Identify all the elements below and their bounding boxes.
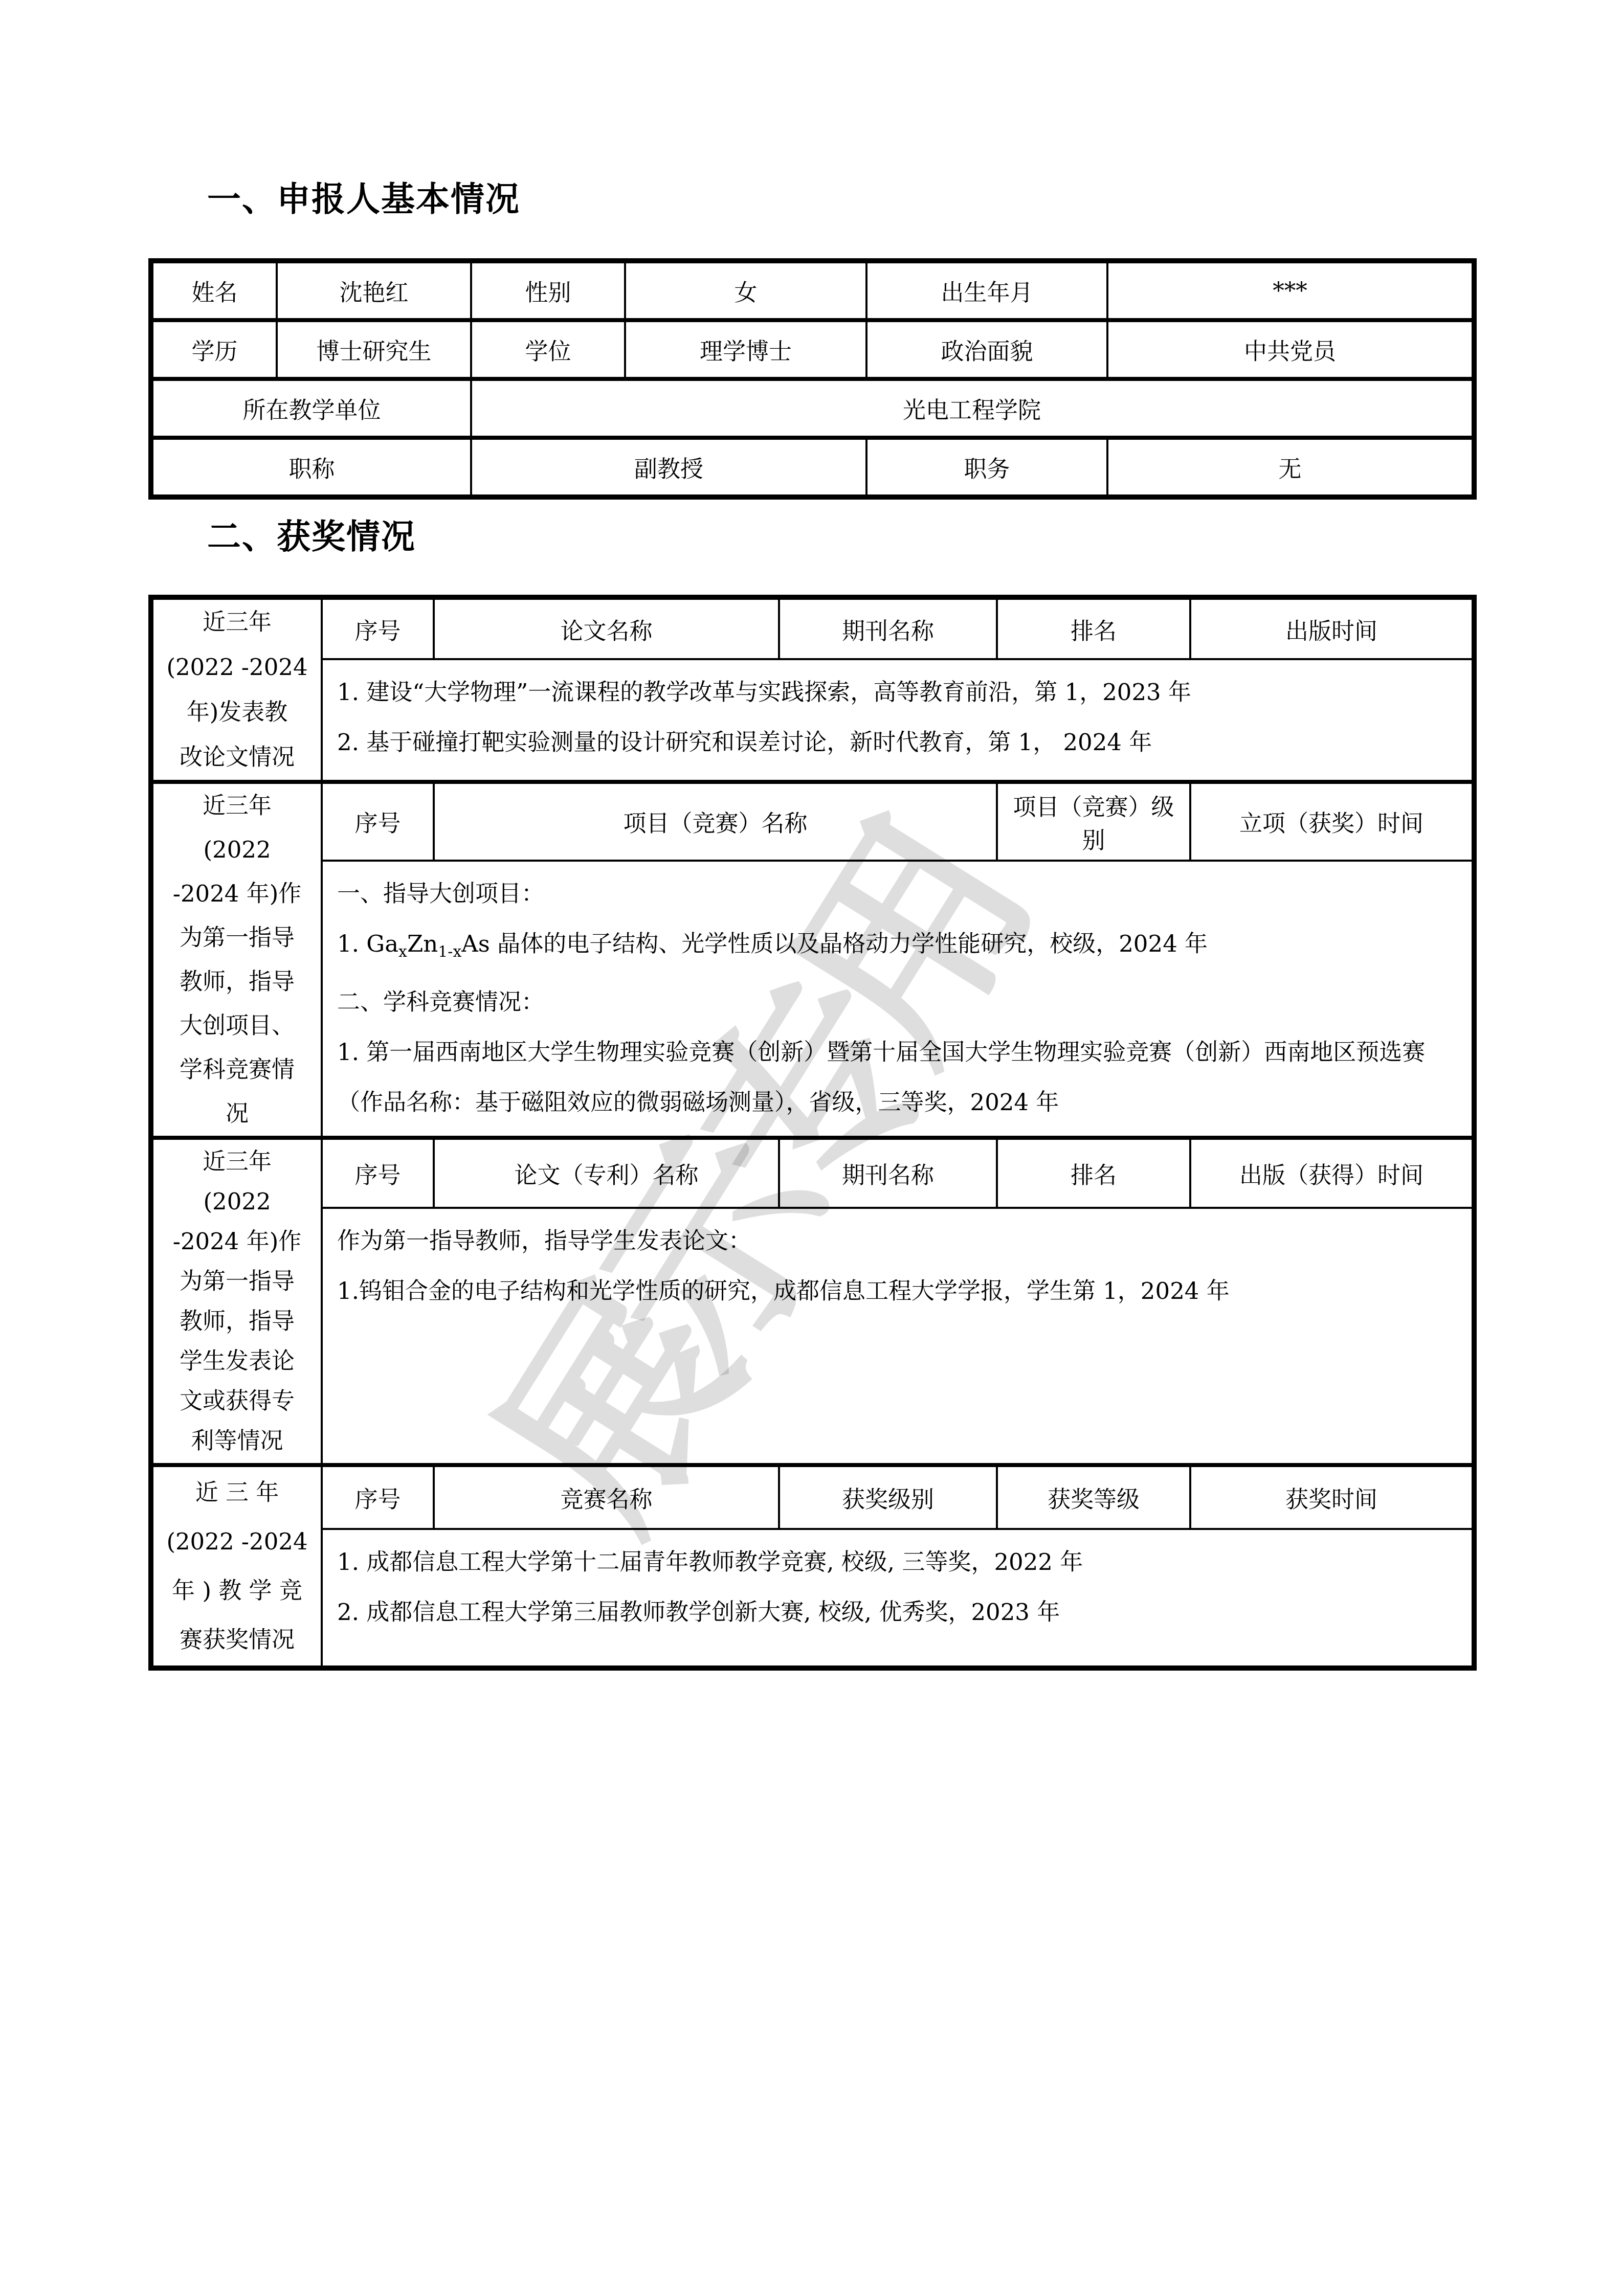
awards-table: 近三年 (2022 -2024 年)发表教 改论文情况 序号 论文名称 期刊名称… xyxy=(148,595,1477,1671)
teaching-unit-value: 光电工程学院 xyxy=(471,379,1474,438)
education-label: 学历 xyxy=(151,320,277,379)
student-papers-header-row: 近三年 (2022 -2024 年)作 为第一指导 教师，指导 学生发表论 文或… xyxy=(151,1138,1474,1208)
header-serial: 序号 xyxy=(322,782,434,861)
birthdate-label: 出生年月 xyxy=(866,261,1107,320)
student-papers-content-row: 作为第一指导教师，指导学生发表论文： 1.钨钼合金的电子结构和光学性质的研究，成… xyxy=(151,1208,1474,1465)
gender-label: 性别 xyxy=(471,261,625,320)
label-line: 赛获奖情况 xyxy=(157,1615,318,1664)
teaching-award-entry: 2. 成都信息工程大学第三届教师教学创新大赛, 校级, 优秀奖，2023 年 xyxy=(337,1587,1458,1637)
basic-row-1: 姓名 沈艳红 性别 女 出生年月 *** xyxy=(151,261,1474,320)
header-serial: 序号 xyxy=(322,597,434,659)
label-line: (2022 -2024 xyxy=(157,645,318,690)
student-paper-intro: 作为第一指导教师，指导学生发表论文： xyxy=(337,1216,1458,1266)
header-rank: 排名 xyxy=(997,597,1190,659)
header-paper-name: 论文名称 xyxy=(434,597,779,659)
document-page: 展示专用 一、申报人基本情况 姓名 沈艳红 性别 女 出生年月 *** 学历 博… xyxy=(0,0,1624,2296)
label-line: 大创项目、 xyxy=(157,1004,318,1048)
label-line: (2022 xyxy=(157,828,318,872)
teaching-awards-section-label: 近 三 年 (2022 -2024 年 ) 教 学 竞 赛获奖情况 xyxy=(151,1465,322,1668)
projects-content-cell: 一、指导大创项目： 1. GaxZn1-xAs 晶体的电子结构、光学性质以及晶格… xyxy=(322,861,1474,1138)
label-line: (2022 xyxy=(157,1182,318,1222)
header-obtain-time: 出版（获得）时间 xyxy=(1190,1138,1474,1208)
label-line: 为第一指导 xyxy=(157,1262,318,1301)
label-line: 近三年 xyxy=(157,1142,318,1182)
papers-content-row: 1. 建设“大学物理”一流课程的教学改革与实践探索，高等教育前沿，第 1，202… xyxy=(151,659,1474,782)
header-award-level: 获奖级别 xyxy=(779,1465,997,1529)
teaching-awards-content-row: 1. 成都信息工程大学第十二届青年教师教学竞赛, 校级, 三等奖，2022 年 … xyxy=(151,1529,1474,1668)
header-journal-name: 期刊名称 xyxy=(779,1138,997,1208)
papers-section-label: 近三年 (2022 -2024 年)发表教 改论文情况 xyxy=(151,597,322,782)
degree-value: 理学博士 xyxy=(625,320,866,379)
competition-category: 二、学科竞赛情况： xyxy=(337,977,1458,1027)
teaching-awards-header-row: 近 三 年 (2022 -2024 年 ) 教 学 竞 赛获奖情况 序号 竞赛名… xyxy=(151,1465,1474,1529)
title-value: 副教授 xyxy=(471,438,866,497)
header-rank: 排名 xyxy=(997,1138,1190,1208)
header-competition-name: 竞赛名称 xyxy=(434,1465,779,1529)
projects-section-label: 近三年 (2022 -2024 年)作 为第一指导 教师，指导 大创项目、 学科… xyxy=(151,782,322,1138)
political-status-label: 政治面貌 xyxy=(866,320,1107,379)
basic-row-3: 所在教学单位 光电工程学院 xyxy=(151,379,1474,438)
projects-header-row: 近三年 (2022 -2024 年)作 为第一指导 教师，指导 大创项目、 学科… xyxy=(151,782,1474,861)
label-line: 况 xyxy=(157,1092,318,1136)
competition-entry: 1. 第一届西南地区大学生物理实验竞赛（创新）暨第十届全国大学生物理实验竞赛（创… xyxy=(337,1027,1458,1128)
header-serial: 序号 xyxy=(322,1465,434,1529)
teaching-unit-label: 所在教学单位 xyxy=(151,379,471,438)
project-category: 一、指导大创项目： xyxy=(337,869,1458,919)
papers-header-row: 近三年 (2022 -2024 年)发表教 改论文情况 序号 论文名称 期刊名称… xyxy=(151,597,1474,659)
header-project-name: 项目（竞赛）名称 xyxy=(434,782,997,861)
position-label: 职务 xyxy=(866,438,1107,497)
political-status-value: 中共党员 xyxy=(1107,320,1474,379)
label-line: 学生发表论 xyxy=(157,1341,318,1381)
label-line: 年 ) 教 学 竞 xyxy=(157,1566,318,1615)
student-paper-entry: 1.钨钼合金的电子结构和光学性质的研究，成都信息工程大学学报，学生第 1，202… xyxy=(337,1266,1458,1316)
student-papers-section-label: 近三年 (2022 -2024 年)作 为第一指导 教师，指导 学生发表论 文或… xyxy=(151,1138,322,1465)
header-publish-time: 出版时间 xyxy=(1190,597,1474,659)
label-line: -2024 年)作 xyxy=(157,1222,318,1262)
teaching-award-entry: 1. 成都信息工程大学第十二届青年教师教学竞赛, 校级, 三等奖，2022 年 xyxy=(337,1537,1458,1587)
label-line: 教师，指导 xyxy=(157,960,318,1004)
label-line: 文或获得专 xyxy=(157,1381,318,1421)
label-line: -2024 年)作 xyxy=(157,872,318,916)
projects-content-row: 一、指导大创项目： 1. GaxZn1-xAs 晶体的电子结构、光学性质以及晶格… xyxy=(151,861,1474,1138)
name-value: 沈艳红 xyxy=(277,261,471,320)
basic-row-2: 学历 博士研究生 学位 理学博士 政治面貌 中共党员 xyxy=(151,320,1474,379)
label-line: 为第一指导 xyxy=(157,916,318,960)
gender-value: 女 xyxy=(625,261,866,320)
paper-entry: 2. 基于碰撞打靶实验测量的设计研究和误差讨论，新时代教育，第 1， 2024 … xyxy=(337,717,1458,768)
section2-title: 二、获奖情况 xyxy=(207,517,416,556)
degree-label: 学位 xyxy=(471,320,625,379)
student-papers-content-cell: 作为第一指导教师，指导学生发表论文： 1.钨钼合金的电子结构和光学性质的研究，成… xyxy=(322,1208,1474,1465)
label-line: 近 三 年 xyxy=(157,1468,318,1517)
label-line: 改论文情况 xyxy=(157,735,318,780)
label-line: 近三年 xyxy=(157,600,318,645)
header-journal-name: 期刊名称 xyxy=(779,597,997,659)
section1-title: 一、申报人基本情况 xyxy=(207,180,520,219)
label-line: 利等情况 xyxy=(157,1421,318,1461)
papers-content-cell: 1. 建设“大学物理”一流课程的教学改革与实践探索，高等教育前沿，第 1，202… xyxy=(322,659,1474,782)
paper-entry: 1. 建设“大学物理”一流课程的教学改革与实践探索，高等教育前沿，第 1，202… xyxy=(337,667,1458,717)
header-award-grade: 获奖等级 xyxy=(997,1465,1190,1529)
header-serial: 序号 xyxy=(322,1138,434,1208)
teaching-awards-content-cell: 1. 成都信息工程大学第十二届青年教师教学竞赛, 校级, 三等奖，2022 年 … xyxy=(322,1529,1474,1668)
birthdate-value: *** xyxy=(1107,261,1474,320)
label-line: (2022 -2024 xyxy=(157,1517,318,1566)
project-entry: 1. GaxZn1-xAs 晶体的电子结构、光学性质以及晶格动力学性能研究，校级… xyxy=(337,919,1458,977)
label-line: 近三年 xyxy=(157,784,318,828)
label-line: 教师，指导 xyxy=(157,1301,318,1341)
header-award-time: 获奖时间 xyxy=(1190,1465,1474,1529)
header-paper-patent-name: 论文（专利）名称 xyxy=(434,1138,779,1208)
basic-row-4: 职称 副教授 职务 无 xyxy=(151,438,1474,497)
education-value: 博士研究生 xyxy=(277,320,471,379)
header-grant-time: 立项（获奖）时间 xyxy=(1190,782,1474,861)
label-line: 学科竞赛情 xyxy=(157,1048,318,1092)
label-line: 年)发表教 xyxy=(157,690,318,735)
position-value: 无 xyxy=(1107,438,1474,497)
name-label: 姓名 xyxy=(151,261,277,320)
basic-info-table: 姓名 沈艳红 性别 女 出生年月 *** 学历 博士研究生 学位 理学博士 政治… xyxy=(148,258,1477,500)
title-label: 职称 xyxy=(151,438,471,497)
header-project-level: 项目（竞赛）级别 xyxy=(997,782,1190,861)
